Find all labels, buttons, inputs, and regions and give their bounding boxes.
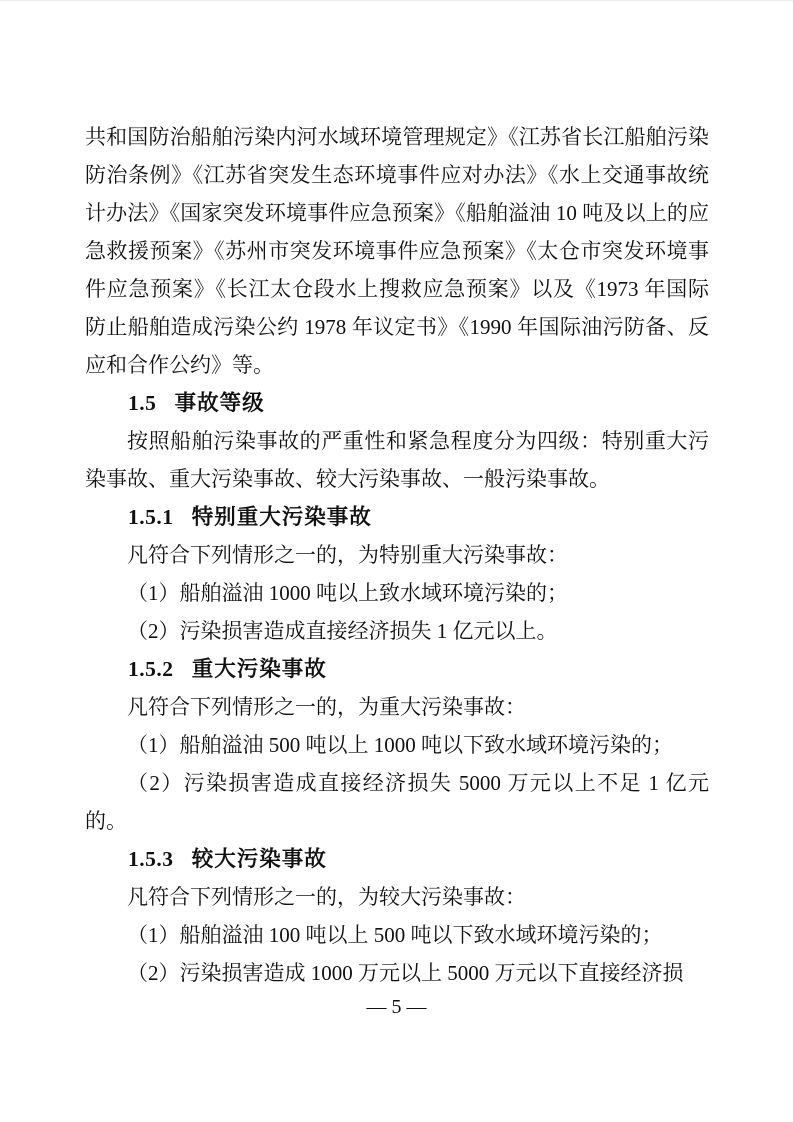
- heading-title: 事故等级: [175, 391, 265, 415]
- paragraph: 共和国防治船舶污染内河水域环境管理规定》《江苏省长江船舶污染防治条例》《江苏省突…: [85, 118, 709, 384]
- paragraph: （1）船舶溢油 500 吨以上 1000 吨以下致水域环境污染的；: [85, 726, 709, 764]
- heading-title: 特别重大污染事故: [192, 505, 372, 529]
- section-heading-1.5: 1.5事故等级: [85, 384, 709, 422]
- paragraph: （2）污染损害造成直接经济损失 5000 万元以上不足 1 亿元的。: [85, 764, 709, 840]
- section-heading-1.5.1: 1.5.1特别重大污染事故: [85, 498, 709, 536]
- document-body: 共和国防治船舶污染内河水域环境管理规定》《江苏省长江船舶污染防治条例》《江苏省突…: [85, 118, 709, 992]
- paragraph: （2）污染损害造成直接经济损失 1 亿元以上。: [85, 612, 709, 650]
- paragraph: （1）船舶溢油 1000 吨以上致水域环境污染的；: [85, 574, 709, 612]
- document-page: 共和国防治船舶污染内河水域环境管理规定》《江苏省长江船舶污染防治条例》《江苏省突…: [0, 0, 793, 1122]
- heading-number: 1.5.1: [128, 505, 174, 529]
- section-heading-1.5.3: 1.5.3较大污染事故: [85, 840, 709, 878]
- heading-number: 1.5.3: [128, 847, 174, 871]
- paragraph: （2）污染损害造成 1000 万元以上 5000 万元以下直接经济损: [85, 954, 709, 992]
- paragraph: （1）船舶溢油 100 吨以上 500 吨以下致水域环境污染的；: [85, 916, 709, 954]
- paragraph: 按照船舶污染事故的严重性和紧急程度分为四级：特别重大污染事故、重大污染事故、较大…: [85, 422, 709, 498]
- heading-title: 较大污染事故: [192, 847, 327, 871]
- page-number: — 5 —: [367, 996, 427, 1018]
- heading-number: 1.5.2: [128, 657, 174, 681]
- heading-title: 重大污染事故: [192, 657, 327, 681]
- paragraph: 凡符合下列情形之一的，为重大污染事故：: [85, 688, 709, 726]
- page-footer: — 5 —: [0, 994, 793, 1020]
- paragraph: 凡符合下列情形之一的，为较大污染事故：: [85, 878, 709, 916]
- section-heading-1.5.2: 1.5.2重大污染事故: [85, 650, 709, 688]
- heading-number: 1.5: [128, 391, 156, 415]
- paragraph: 凡符合下列情形之一的，为特别重大污染事故：: [85, 536, 709, 574]
